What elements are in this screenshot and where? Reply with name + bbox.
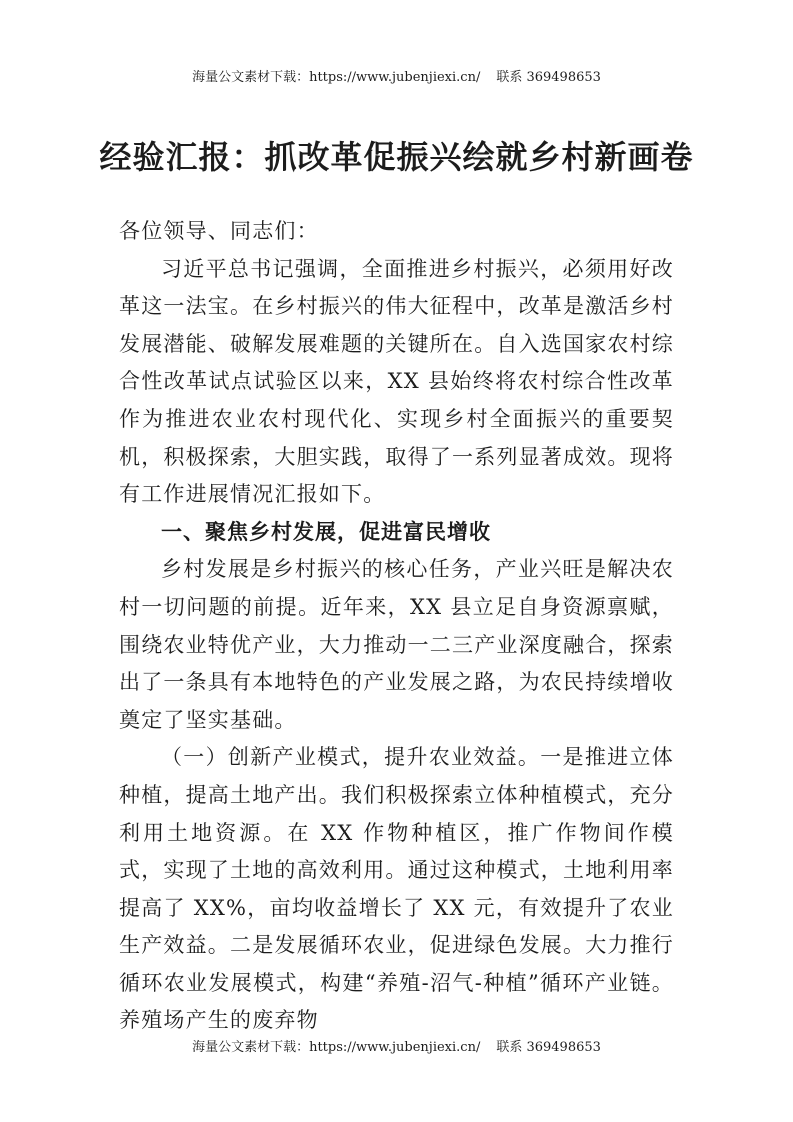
- page-header: 海量公文素材下载：https://www.jubenjiexi.cn/联系 36…: [0, 66, 793, 85]
- subsection-1-lead: （一）创新产业模式，提升农业效益。: [161, 745, 540, 769]
- header-contact: 联系 369498653: [496, 70, 601, 85]
- subsection-1-text: 一是推进立体种植，提高土地产出。我们积极探索立体种植模式，充分利用土地资源。在 …: [119, 745, 674, 1032]
- salutation: 各位领导、同志们：: [119, 213, 674, 251]
- page-footer: 海量公文素材下载：https://www.jubenjiexi.cn/联系 36…: [0, 1036, 793, 1055]
- intro-paragraph: 习近平总书记强调，全面推进乡村振兴，必须用好改革这一法宝。在乡村振兴的伟大征程中…: [119, 251, 674, 514]
- section-1-paragraph-2: （一）创新产业模式，提升农业效益。一是推进立体种植，提高土地产出。我们积极探索立…: [119, 739, 674, 1040]
- document-body: 各位领导、同志们： 习近平总书记强调，全面推进乡村振兴，必须用好改革这一法宝。在…: [119, 213, 674, 1040]
- document-page: 海量公文素材下载：https://www.jubenjiexi.cn/联系 36…: [0, 0, 793, 1122]
- header-url: https://www.jubenjiexi.cn/: [309, 70, 480, 85]
- header-source-label: 海量公文素材下载：: [192, 70, 309, 85]
- footer-url: https://www.jubenjiexi.cn/: [309, 1040, 480, 1055]
- document-title: 经验汇报：抓改革促振兴绘就乡村新画卷: [0, 132, 793, 178]
- footer-contact: 联系 369498653: [496, 1040, 601, 1055]
- section-1-heading: 一、聚焦乡村发展，促进富民增收: [119, 514, 674, 552]
- footer-source-label: 海量公文素材下载：: [192, 1040, 309, 1055]
- section-1-paragraph-1: 乡村发展是乡村振兴的核心任务，产业兴旺是解决农村一切问题的前提。近年来，XX 县…: [119, 551, 674, 739]
